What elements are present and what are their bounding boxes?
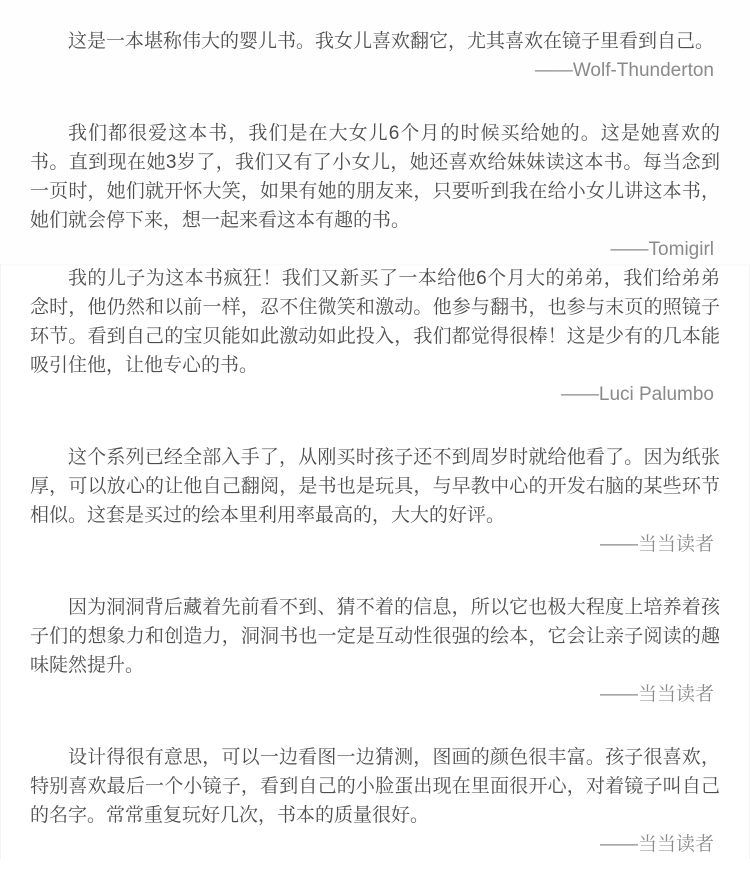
review-block: 我的儿子为这本书疯狂！我们又新买了一本给他6个月大的弟弟，我们给弟弟念时，他仍然… [30,264,720,409]
review-text: 设计得很有意思，可以一边看图一边猜测，图画的颜色很丰富。孩子很喜欢，特别喜欢最后… [30,743,720,830]
review-block: 我们都很爱这本书，我们是在大女儿6个月的时候买给她的。这是她喜欢的书。直到现在她… [30,119,720,264]
review-block: 这是一本堪称伟大的婴儿书。我女儿喜欢翻它，尤其喜欢在镜子里看到自己。 ——Wol… [30,27,720,85]
review-block: 这个系列已经全部入手了，从刚买时孩子还不到周岁时就给他看了。因为纸张厚，可以放心… [30,443,720,559]
reviews-section-top: 这是一本堪称伟大的婴儿书。我女儿喜欢翻它，尤其喜欢在镜子里看到自己。 ——Wol… [0,0,750,264]
review-block: 设计得很有意思，可以一边看图一边猜测，图画的颜色很丰富。孩子很喜欢，特别喜欢最后… [30,743,720,859]
review-block: 因为洞洞背后藏着先前看不到、猜不着的信息，所以它也极大程度上培养着孩子们的想象力… [30,593,720,709]
review-text: 这个系列已经全部入手了，从刚买时孩子还不到周岁时就给他看了。因为纸张厚，可以放心… [30,443,720,530]
review-attribution: ——当当读者 [30,680,720,709]
review-text: 我的儿子为这本书疯狂！我们又新买了一本给他6个月大的弟弟，我们给弟弟念时，他仍然… [30,264,720,380]
review-text: 我们都很爱这本书，我们是在大女儿6个月的时候买给她的。这是她喜欢的书。直到现在她… [30,119,720,235]
review-text: 因为洞洞背后藏着先前看不到、猜不着的信息，所以它也极大程度上培养着孩子们的想象力… [30,593,720,680]
review-text: 这是一本堪称伟大的婴儿书。我女儿喜欢翻它，尤其喜欢在镜子里看到自己。 [30,27,720,56]
review-attribution: ——当当读者 [30,530,720,559]
review-attribution: ——Tomigirl [30,235,720,264]
reviews-section-bottom: 我的儿子为这本书疯狂！我们又新买了一本给他6个月大的弟弟，我们给弟弟念时，他仍然… [0,264,750,859]
review-attribution: ——Wolf-Thunderton [30,56,720,85]
review-attribution: ——Luci Palumbo [30,380,720,409]
reader-reviews-page: 这是一本堪称伟大的婴儿书。我女儿喜欢翻它，尤其喜欢在镜子里看到自己。 ——Wol… [0,0,750,859]
review-attribution: ——当当读者 [30,830,720,859]
